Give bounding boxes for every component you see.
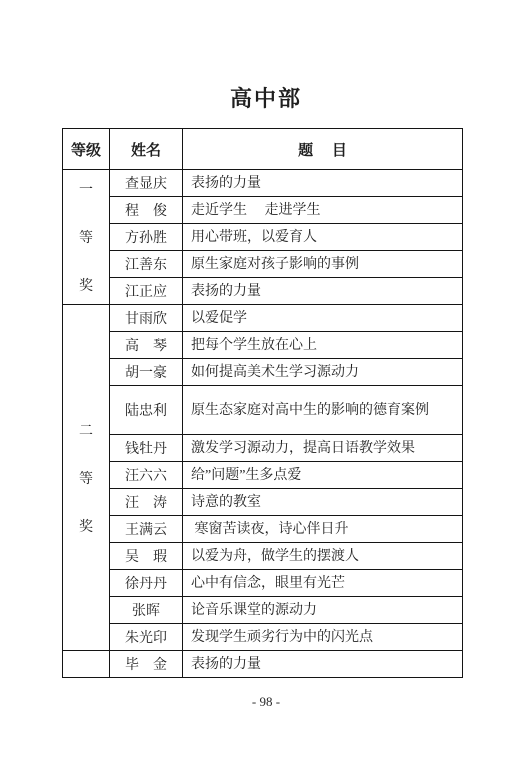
table-row: 高 琴 把每个学生放在心上 bbox=[63, 332, 463, 359]
table-row: 张晖 论音乐课堂的源动力 bbox=[63, 597, 463, 624]
topic-cell: 激发学习源动力，提高日语教学效果 bbox=[183, 435, 463, 462]
table-row: 汪 涛 诗意的教室 bbox=[63, 489, 463, 516]
grade-char: 奖 bbox=[79, 275, 93, 295]
topic-cell: 诗意的教室 bbox=[183, 489, 463, 516]
topic-cell: 原生态家庭对高中生的影响的德育案例 bbox=[183, 386, 463, 435]
name-cell: 钱牡丹 bbox=[110, 435, 183, 462]
topic-cell: 寒窗苦读夜，诗心伴日升 bbox=[183, 516, 463, 543]
grade-cell-first-prize: 一 等 奖 bbox=[63, 170, 110, 305]
name-cell: 程 俊 bbox=[110, 197, 183, 224]
topic-cell: 心中有信念，眼里有光芒 bbox=[183, 570, 463, 597]
table-row: 汪六六 给”问题”生多点爱 bbox=[63, 462, 463, 489]
grade-char: 二 bbox=[79, 420, 93, 440]
topic-cell: 如何提高美术生学习源动力 bbox=[183, 359, 463, 386]
grade-char: 一 bbox=[79, 179, 93, 199]
grade-label-vertical: 一 等 奖 bbox=[63, 179, 109, 295]
table-row: 江正应 表扬的力量 bbox=[63, 278, 463, 305]
header-topic: 题 目 bbox=[183, 129, 463, 170]
grade-label-vertical: 二 等 奖 bbox=[63, 420, 109, 536]
topic-cell: 给”问题”生多点爱 bbox=[183, 462, 463, 489]
table-row: 朱光印 发现学生顽劣行为中的闪光点 bbox=[63, 624, 463, 651]
table-row: 胡一豪 如何提高美术生学习源动力 bbox=[63, 359, 463, 386]
name-cell: 甘雨欣 bbox=[110, 305, 183, 332]
topic-cell: 表扬的力量 bbox=[183, 651, 463, 678]
table-row: 钱牡丹 激发学习源动力，提高日语教学效果 bbox=[63, 435, 463, 462]
topic-cell: 原生家庭对孩子影响的事例 bbox=[183, 251, 463, 278]
table-row: 程 俊 走近学生 走进学生 bbox=[63, 197, 463, 224]
grade-cell-second-prize: 二 等 奖 bbox=[63, 305, 110, 651]
table-row: 方孙胜 用心带班，以爱育人 bbox=[63, 224, 463, 251]
table-row: 一 等 奖 查显庆 表扬的力量 bbox=[63, 170, 463, 197]
topic-cell: 发现学生顽劣行为中的闪光点 bbox=[183, 624, 463, 651]
table-row: 吴 瑕 以爱为舟，做学生的摆渡人 bbox=[63, 543, 463, 570]
table-row: 徐丹丹 心中有信念，眼里有光芒 bbox=[63, 570, 463, 597]
name-cell: 朱光印 bbox=[110, 624, 183, 651]
header-grade: 等级 bbox=[63, 129, 110, 170]
name-cell: 高 琴 bbox=[110, 332, 183, 359]
topic-cell: 以爱为舟，做学生的摆渡人 bbox=[183, 543, 463, 570]
topic-cell: 走近学生 走进学生 bbox=[183, 197, 463, 224]
name-cell: 江正应 bbox=[110, 278, 183, 305]
grade-char: 等 bbox=[79, 468, 93, 488]
topic-cell: 以爱促学 bbox=[183, 305, 463, 332]
award-table: 等级 姓名 题 目 一 等 奖 查显庆 表扬的力量 程 俊 走近学生 走进学生 … bbox=[62, 128, 463, 678]
table-row: 陆忠利 原生态家庭对高中生的影响的德育案例 bbox=[63, 386, 463, 435]
topic-cell: 表扬的力量 bbox=[183, 278, 463, 305]
name-cell: 汪 涛 bbox=[110, 489, 183, 516]
name-cell: 方孙胜 bbox=[110, 224, 183, 251]
grade-char: 奖 bbox=[79, 516, 93, 536]
name-cell: 徐丹丹 bbox=[110, 570, 183, 597]
grade-cell-empty bbox=[63, 651, 110, 678]
table-header-row: 等级 姓名 题 目 bbox=[63, 129, 463, 170]
document-page: 高中部 等级 姓名 题 目 一 等 奖 查显庆 表扬的力量 程 俊 bbox=[0, 0, 532, 768]
name-cell: 王满云 bbox=[110, 516, 183, 543]
page-title: 高中部 bbox=[0, 82, 532, 113]
grade-char: 等 bbox=[79, 227, 93, 247]
name-cell: 吴 瑕 bbox=[110, 543, 183, 570]
name-cell: 汪六六 bbox=[110, 462, 183, 489]
name-cell: 胡一豪 bbox=[110, 359, 183, 386]
name-cell: 查显庆 bbox=[110, 170, 183, 197]
header-name: 姓名 bbox=[110, 129, 183, 170]
page-number: - 98 - bbox=[0, 694, 532, 710]
topic-cell: 把每个学生放在心上 bbox=[183, 332, 463, 359]
name-cell: 毕 金 bbox=[110, 651, 183, 678]
table-row: 王满云 寒窗苦读夜，诗心伴日升 bbox=[63, 516, 463, 543]
name-cell: 陆忠利 bbox=[110, 386, 183, 435]
name-cell: 江善东 bbox=[110, 251, 183, 278]
topic-cell: 论音乐课堂的源动力 bbox=[183, 597, 463, 624]
table-row: 毕 金 表扬的力量 bbox=[63, 651, 463, 678]
name-cell: 张晖 bbox=[110, 597, 183, 624]
topic-cell: 用心带班，以爱育人 bbox=[183, 224, 463, 251]
topic-cell: 表扬的力量 bbox=[183, 170, 463, 197]
table-row: 江善东 原生家庭对孩子影响的事例 bbox=[63, 251, 463, 278]
table-row: 二 等 奖 甘雨欣 以爱促学 bbox=[63, 305, 463, 332]
